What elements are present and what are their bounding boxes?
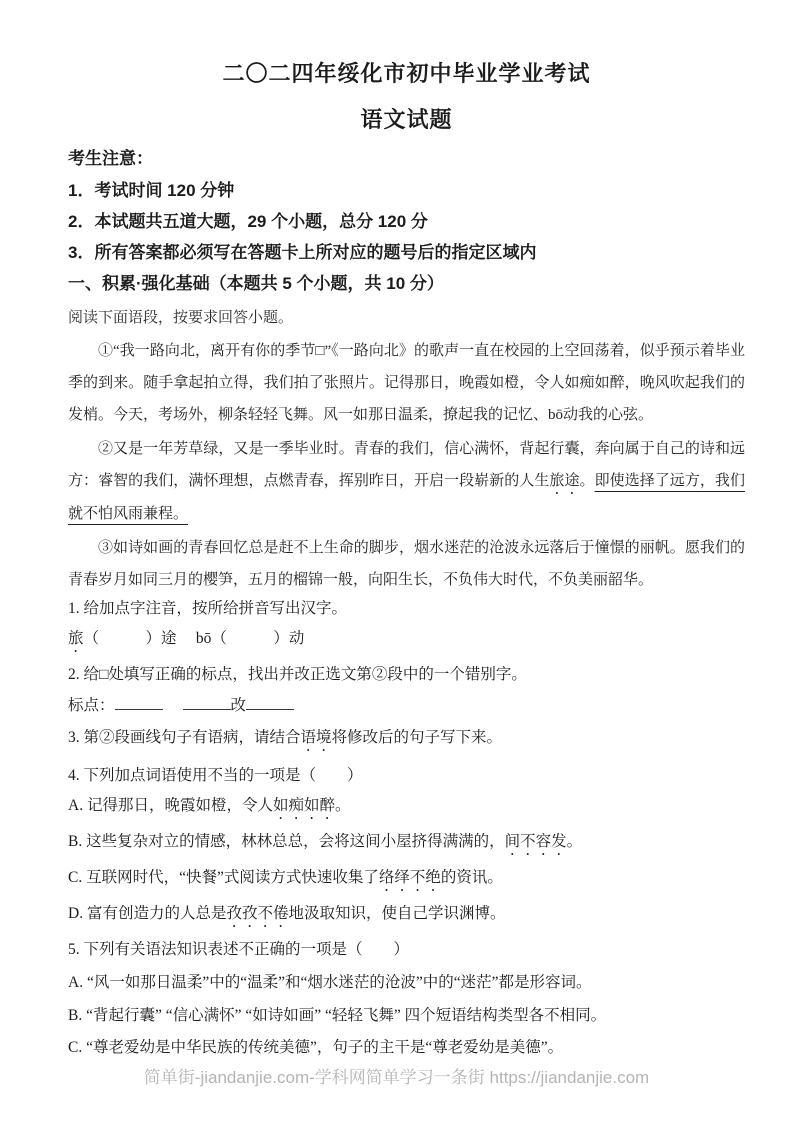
question-1-answer-blanks: （ ）途 bō（ ）动 xyxy=(84,630,305,647)
dotted-char-lv: 旅 xyxy=(68,630,84,647)
question-4-option-a: A. 记得那日，晚霞如橙，令人如痴如醉。 xyxy=(68,795,745,823)
notice-item-2: 2．本试题共五道大题，29 个小题，总分 120 分 xyxy=(68,211,745,233)
notice-item-3: 3．所有答案都必须写在答题卡上所对应的题号后的指定区域内 xyxy=(68,242,745,264)
passage-paragraph-2: ②又是一年芳草绿，又是一季毕业时。青春的我们，信心满怀，背起行囊，奔向属于自己的… xyxy=(68,433,745,530)
option-text: 地汲取知识，使自己学识渊博。 xyxy=(288,905,505,922)
question-5-option-b: B. “背起行囊” “信心满怀” “如诗如画” “轻轻飞舞” 四个短语结构类型各… xyxy=(68,1005,745,1027)
passage-paragraph-3-text: ③如诗如画的青春回忆总是赶不上生命的脚步，烟水迷茫的沧波永远落后于憧憬的丽帆。愿… xyxy=(68,540,745,588)
answer-blank xyxy=(183,694,231,710)
dotted-word-yujing: 语境 xyxy=(301,729,332,746)
answer-blank xyxy=(115,694,163,710)
question-5: 5. 下列有关语法知识表述不正确的一项是（ ） xyxy=(68,939,745,961)
emphasized-word-lvtu: 旅途 xyxy=(549,473,579,489)
notice-heading: 考生注意： xyxy=(68,148,745,170)
dotted-idiom: 如痴如醉 xyxy=(273,797,335,814)
option-text: B. 这些复杂对立的情感，林林总总，会将这间小屋挤得满满的， xyxy=(68,833,505,850)
answer-blank xyxy=(246,694,294,710)
question-4-option-c: C. 互联网时代，“快餐”式阅读方式快速收集了络绎不绝的资讯。 xyxy=(68,867,745,895)
option-text: 的资讯。 xyxy=(441,869,503,886)
question-1-answer-line: 旅（ ）途 bō（ ）动 xyxy=(68,628,745,656)
question-5-option-a: A. “风一如那日温柔”中的“温柔”和“烟水迷茫的沧波”中的“迷茫”都是形容词。 xyxy=(68,972,745,994)
question-1: 1. 给加点字注音，按所给拼音写出汉字。 xyxy=(68,598,745,620)
question-4: 4. 下列加点词语使用不当的一项是（ ） xyxy=(68,765,745,787)
question-5-option-c: C. “尊老爱幼是中华民族的传统美德”，句子的主干是“尊老爱幼是美德”。 xyxy=(68,1037,745,1059)
notice-item-1: 1．考试时间 120 分钟 xyxy=(68,180,745,202)
option-text: A. 记得那日，晚霞如橙，令人 xyxy=(68,797,273,814)
question-3-text-a: 3. 第②段画线句子有语病，请结合 xyxy=(68,729,301,746)
passage-intro: 阅读下面语段，按要求回答小题。 xyxy=(68,307,745,329)
question-2: 2. 给□处填写正确的标点，找出并改正选文第②段中的一个错别字。 xyxy=(68,664,745,686)
exam-title: 二〇二四年绥化市初中毕业学业考试 xyxy=(68,62,745,86)
dotted-idiom: 络绎不绝 xyxy=(379,869,441,886)
exam-subtitle: 语文试题 xyxy=(68,108,745,132)
change-to-label: 改 xyxy=(231,697,247,714)
punctuation-label: 标点： xyxy=(68,697,115,714)
section-1-heading: 一、积累·强化基础（本题共 5 个小题，共 10 分） xyxy=(68,273,745,295)
watermark-footer: 简单街-jiandanjie.com-学科网简单学习一条街 https://ji… xyxy=(0,1066,793,1090)
dotted-idiom: 孜孜不倦 xyxy=(226,905,288,922)
dotted-idiom: 间不容发 xyxy=(505,833,567,850)
question-2-answer-line: 标点：改 xyxy=(68,694,745,717)
question-3: 3. 第②段画线句子有语病，请结合语境将修改后的句子写下来。 xyxy=(68,727,745,755)
exam-paper-page: 二〇二四年绥化市初中毕业学业考试 语文试题 考生注意： 1．考试时间 120 分… xyxy=(0,0,793,1059)
passage-paragraph-1: ①“我一路向北，离开有你的季节□”《一路向北》的歌声一直在校园的上空回荡着，似乎… xyxy=(68,335,745,431)
passage-paragraph-2-period: 。 xyxy=(580,473,595,489)
option-text: 。 xyxy=(335,797,351,814)
passage-paragraph-1-text: ①“我一路向北，离开有你的季节□”《一路向北》的歌声一直在校园的上空回荡着，似乎… xyxy=(68,343,745,423)
option-text: D. 富有创造力的人总是 xyxy=(68,905,226,922)
question-4-option-d: D. 富有创造力的人总是孜孜不倦地汲取知识，使自己学识渊博。 xyxy=(68,903,745,931)
passage-paragraph-3: ③如诗如画的青春回忆总是赶不上生命的脚步，烟水迷茫的沧波永远落后于憧憬的丽帆。愿… xyxy=(68,532,745,596)
question-4-option-b: B. 这些复杂对立的情感，林林总总，会将这间小屋挤得满满的，间不容发。 xyxy=(68,831,745,859)
question-3-text-b: 将修改后的句子写下来。 xyxy=(332,729,503,746)
option-text: C. 互联网时代，“快餐”式阅读方式快速收集了 xyxy=(68,869,379,886)
option-text: 。 xyxy=(567,833,583,850)
